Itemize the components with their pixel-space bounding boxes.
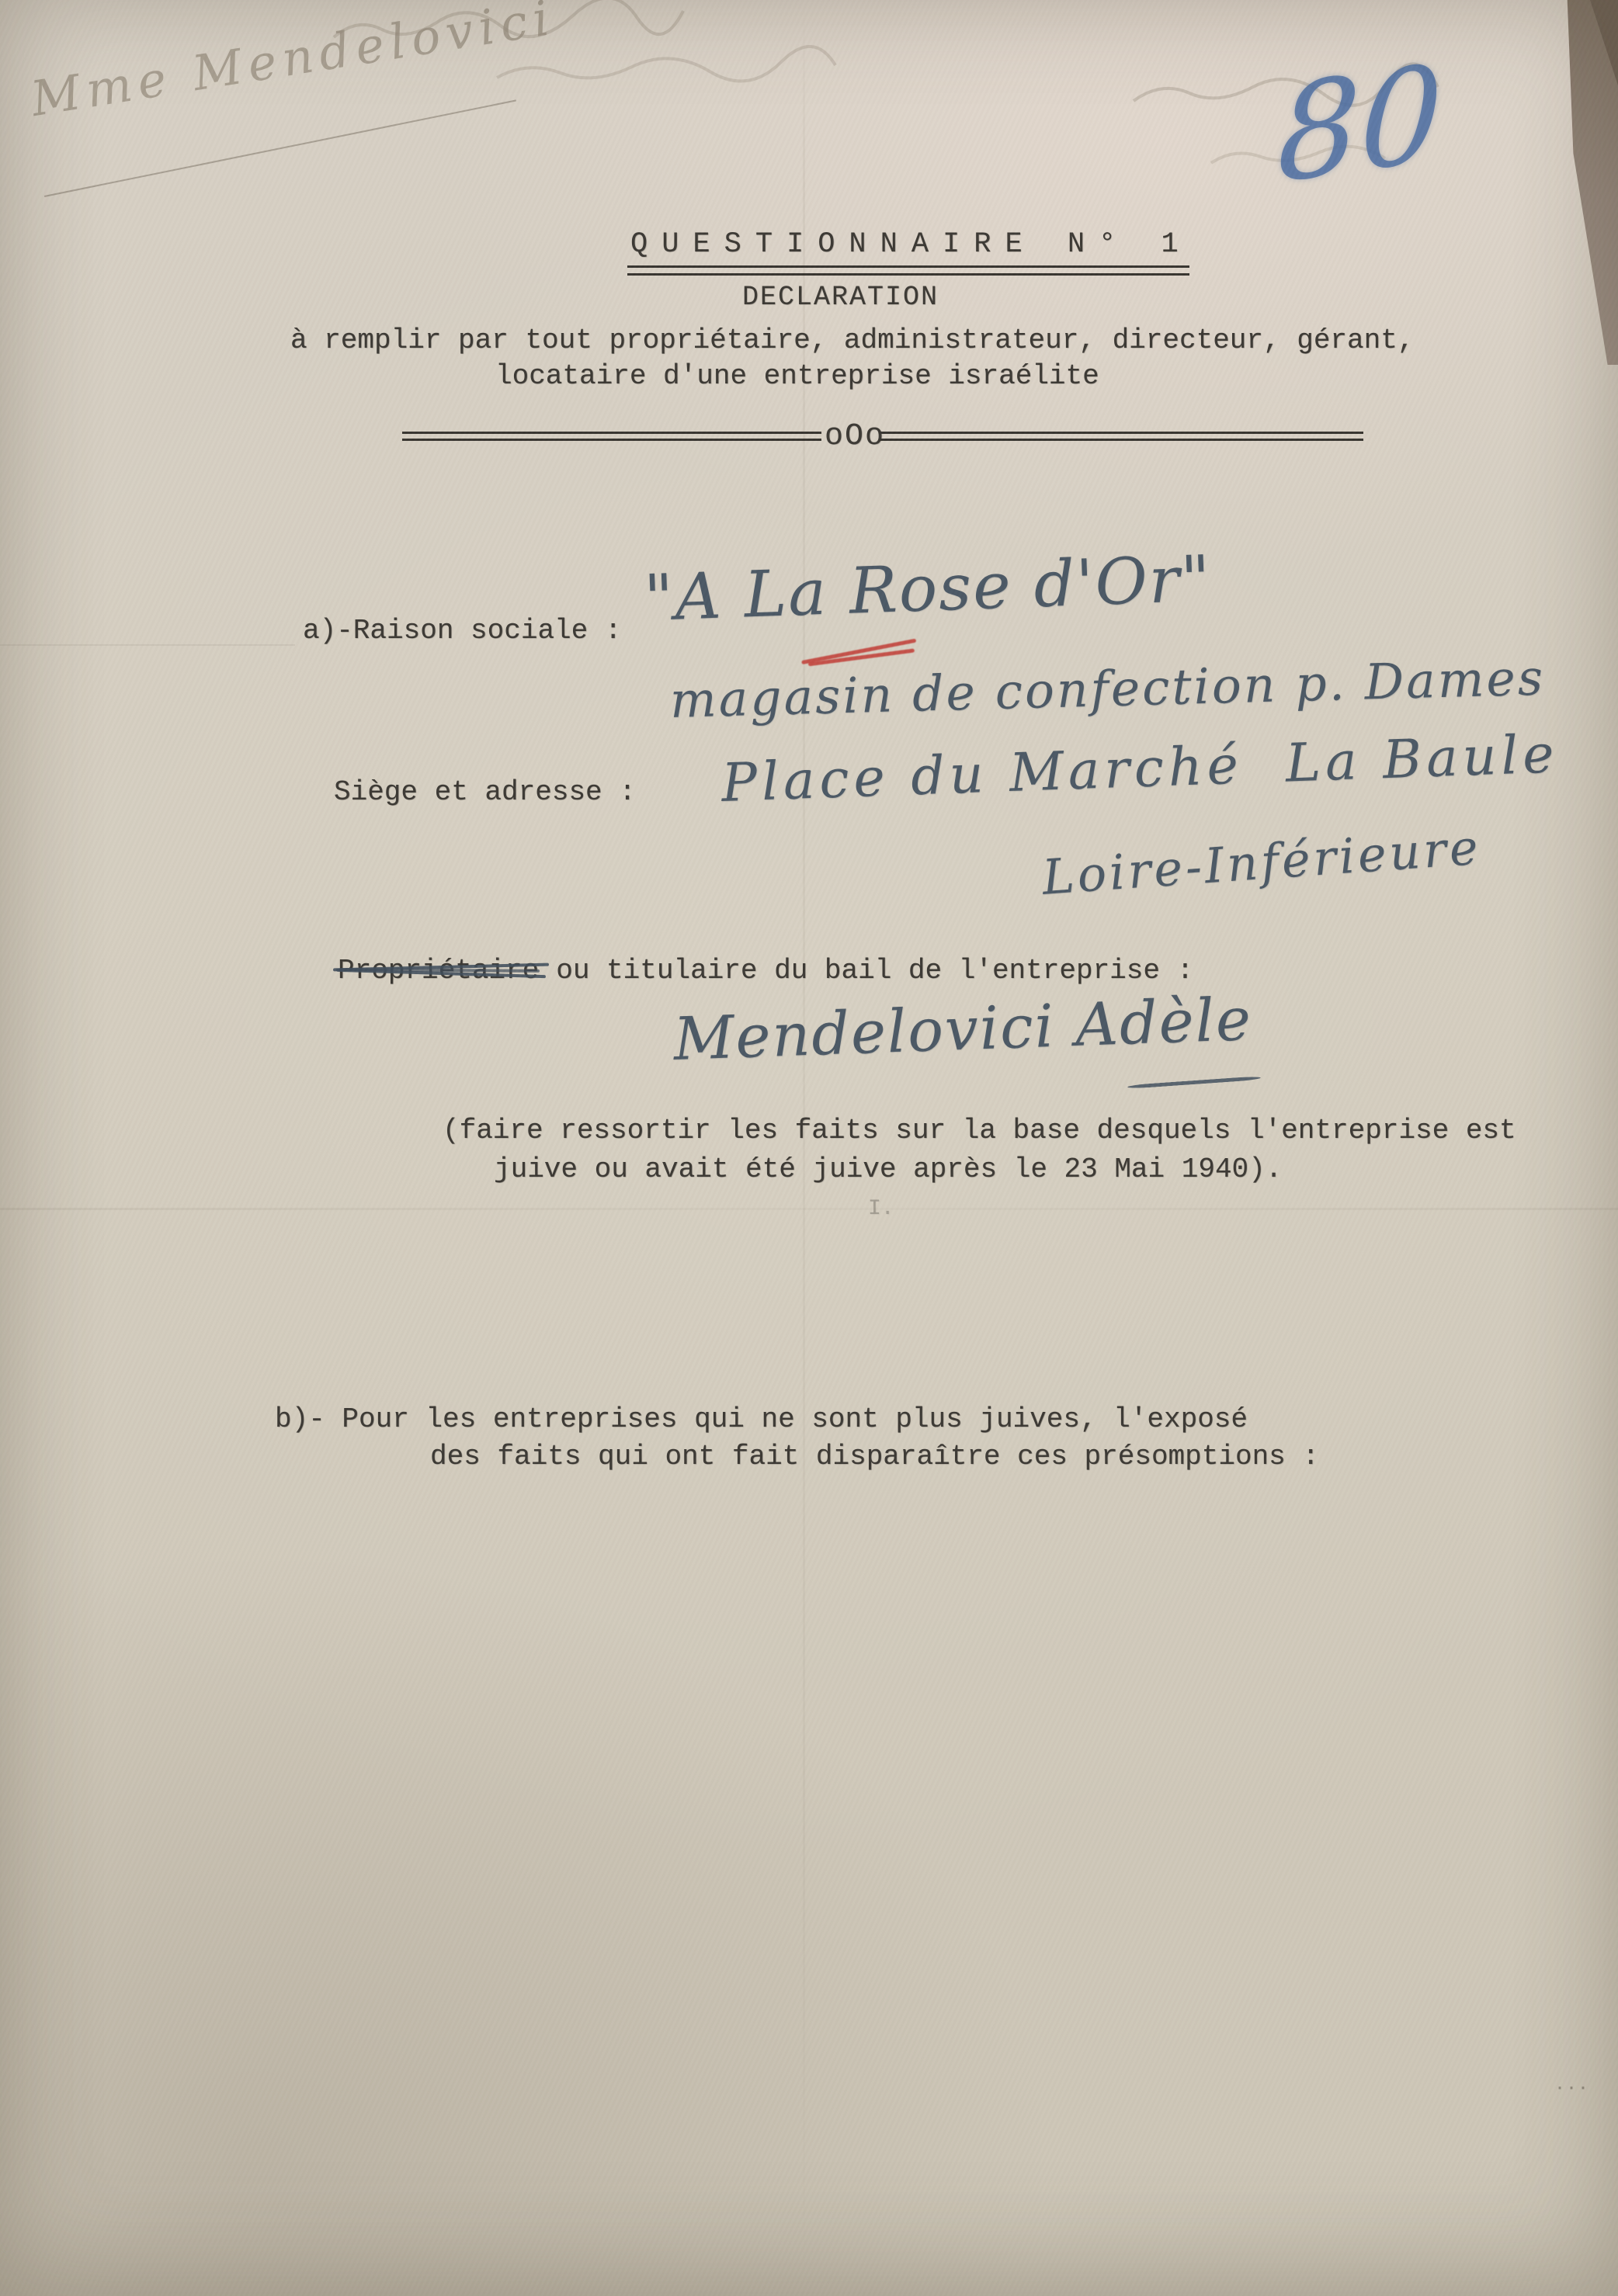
faint-typed-mark: I. [868, 1195, 894, 1223]
section-b-line-2: des faits qui ont fait disparaître ces p… [430, 1439, 1319, 1474]
scanned-document-photo: Mme Mendelovici 80 QUESTIONNAIRE N° 1 DE… [0, 0, 1618, 2296]
doc-subtitle: DECLARATION [742, 281, 939, 315]
faint-dots: ··· [1556, 2074, 1591, 2100]
page-number: 80 [1276, 36, 1446, 213]
doc-title: QUESTIONNAIRE N° 1 [630, 227, 1193, 262]
separator-ornament: oOo [825, 418, 885, 456]
field-label-proprietaire-rest: ou titulaire du bail de l'entreprise : [556, 955, 1193, 987]
handwritten-siege-1: Place du Marché La Baule [720, 723, 1560, 814]
section-b-line-1: b)- Pour les entreprises qui ne sont plu… [275, 1402, 1248, 1437]
instructions-line-1: à remplir par tout propriétaire, adminis… [290, 323, 1414, 358]
paper-crease-short [0, 644, 295, 646]
field-label-raison-sociale: a)-Raison sociale : [303, 613, 621, 648]
note-line-2: juive ou avait été juive après le 23 Mai… [494, 1152, 1282, 1187]
underline-flourish [1127, 1076, 1261, 1089]
handwritten-raison-sociale-1: "A La Rose d'Or" [643, 542, 1213, 635]
paper-crease-horizontal [0, 1208, 1618, 1210]
instructions-line-2: locataire d'une entreprise israélite [495, 359, 1099, 394]
field-label-proprietaire: Propriétaireou titulaire du bail de l'en… [338, 953, 1193, 988]
separator-line-left [402, 432, 821, 441]
handwritten-proprietaire: Mendelovici Adèle [672, 984, 1253, 1073]
handwritten-siege-2: Loire-Inférieure [1040, 819, 1483, 906]
separator-line-right [879, 432, 1363, 441]
note-line-1: (faire ressortir les faits sur la base d… [443, 1113, 1516, 1148]
field-label-siege: Siège et adresse : [334, 775, 636, 810]
title-underline [627, 265, 1189, 276]
